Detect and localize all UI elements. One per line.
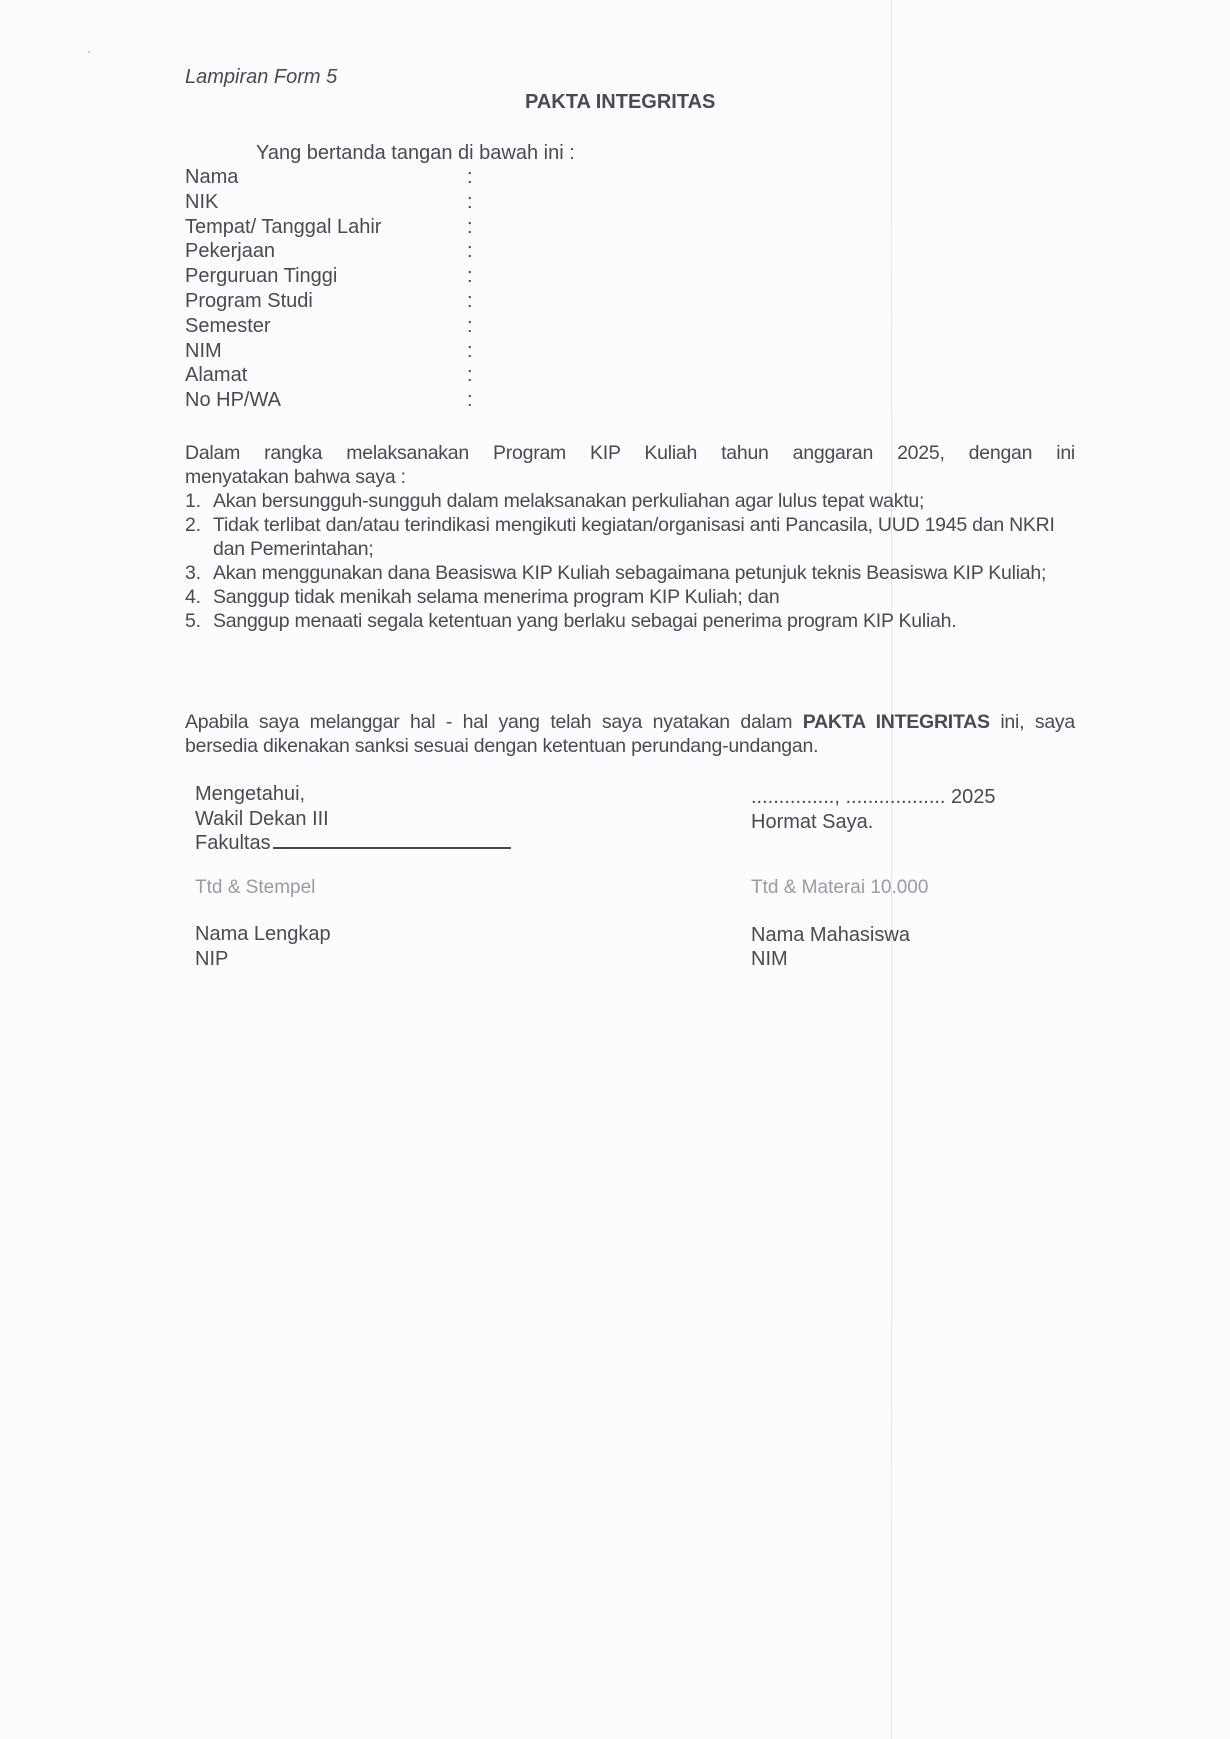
sign-stamp-duty-hint: Ttd & Materai 10.000: [751, 876, 996, 901]
list-number: 2.: [185, 513, 213, 561]
field-label: Alamat: [185, 363, 467, 388]
field-label: NIK: [185, 190, 467, 215]
field-row-pekerjaan: Pekerjaan :: [185, 239, 487, 264]
field-separator: :: [467, 363, 487, 388]
field-row-nik: NIK :: [185, 190, 487, 215]
list-text: Tidak terlibat dan/atau terindikasi meng…: [213, 513, 1075, 561]
closing-statement: Apabila saya melanggar hal - hal yang te…: [185, 710, 1075, 758]
faculty-label: Fakultas: [195, 832, 271, 854]
list-item: 4. Sanggup tidak menikah selama menerima…: [185, 585, 1075, 609]
field-row-semester: Semester :: [185, 314, 487, 339]
field-separator: :: [467, 289, 487, 314]
field-label: Nama: [185, 165, 467, 190]
list-text: Sanggup tidak menikah selama menerima pr…: [213, 585, 1075, 609]
field-label: No HP/WA: [185, 388, 467, 413]
acknowledged-label: Mengetahui,: [195, 782, 511, 807]
field-row-alamat: Alamat :: [185, 363, 487, 388]
identity-fields: Nama : NIK : Tempat/ Tanggal Lahir : Pek…: [185, 165, 487, 413]
attachment-label: Lampiran Form 5: [185, 66, 337, 89]
field-label: Program Studi: [185, 289, 467, 314]
field-separator: :: [467, 190, 487, 215]
field-separator: :: [467, 339, 487, 364]
sign-stamp-hint: Ttd & Stempel: [195, 876, 511, 901]
statement-line-2: menyatakan bahwa saya :: [185, 466, 406, 488]
field-row-perguruan-tinggi: Perguruan Tinggi :: [185, 264, 487, 289]
closing-text-before: Apabila saya melanggar hal - hal yang te…: [185, 711, 803, 733]
signature-block-left: Mengetahui, Wakil Dekan III Fakultas Ttd…: [195, 782, 511, 971]
list-text: Sanggup menaati segala ketentuan yang be…: [213, 609, 1075, 633]
place-date-line[interactable]: ..............., .................. 2025: [751, 785, 996, 810]
field-separator: :: [467, 239, 487, 264]
list-text: Akan menggunakan dana Beasiswa KIP Kulia…: [213, 561, 1075, 585]
field-row-phone: No HP/WA :: [185, 388, 487, 413]
student-name-label: Nama Mahasiswa: [751, 923, 996, 948]
signature-block-right: ..............., .................. 2025…: [751, 785, 996, 972]
field-row-nama: Nama :: [185, 165, 487, 190]
student-id-label: NIM: [751, 947, 996, 972]
list-item: 3. Akan menggunakan dana Beasiswa KIP Ku…: [185, 561, 1075, 585]
list-number: 3.: [185, 561, 213, 585]
regards-label: Hormat Saya.: [751, 810, 996, 835]
list-number: 4.: [185, 585, 213, 609]
scanned-document-page: Lampiran Form 5 PAKTA INTEGRITAS Yang be…: [0, 0, 1230, 1739]
intro-text: Yang bertanda tangan di bawah ini :: [256, 142, 575, 165]
document-title: PAKTA INTEGRITAS: [525, 91, 715, 114]
field-label: Perguruan Tinggi: [185, 264, 467, 289]
list-item: 5. Sanggup menaati segala ketentuan yang…: [185, 609, 1075, 633]
list-text: Akan bersungguh-sungguh dalam melaksanak…: [213, 489, 1075, 513]
field-separator: :: [467, 388, 487, 413]
statement-line-1: Dalam rangka melaksanakan Program KIP Ku…: [185, 441, 1075, 465]
statement-intro: Dalam rangka melaksanakan Program KIP Ku…: [185, 441, 1075, 489]
field-row-birth: Tempat/ Tanggal Lahir :: [185, 215, 487, 240]
position-label: Wakil Dekan III: [195, 807, 511, 832]
field-label: Tempat/ Tanggal Lahir: [185, 215, 467, 240]
faculty-blank-field[interactable]: [273, 831, 511, 849]
field-row-nim: NIM :: [185, 339, 487, 364]
signer-name-label: Nama Lengkap: [195, 922, 511, 947]
field-label: NIM: [185, 339, 467, 364]
list-number: 1.: [185, 489, 213, 513]
field-row-program-studi: Program Studi :: [185, 289, 487, 314]
scan-speck: [88, 51, 90, 53]
field-separator: :: [467, 165, 487, 190]
faculty-line: Fakultas: [195, 831, 511, 856]
field-separator: :: [467, 264, 487, 289]
field-label: Semester: [185, 314, 467, 339]
field-separator: :: [467, 314, 487, 339]
closing-emphasis: PAKTA INTEGRITAS: [803, 711, 990, 733]
field-label: Pekerjaan: [185, 239, 467, 264]
list-number: 5.: [185, 609, 213, 633]
list-item: 1. Akan bersungguh-sungguh dalam melaksa…: [185, 489, 1075, 513]
statement-list: 1. Akan bersungguh-sungguh dalam melaksa…: [185, 489, 1075, 633]
list-item: 2. Tidak terlibat dan/atau terindikasi m…: [185, 513, 1075, 561]
signer-id-label: NIP: [195, 947, 511, 972]
field-separator: :: [467, 215, 487, 240]
